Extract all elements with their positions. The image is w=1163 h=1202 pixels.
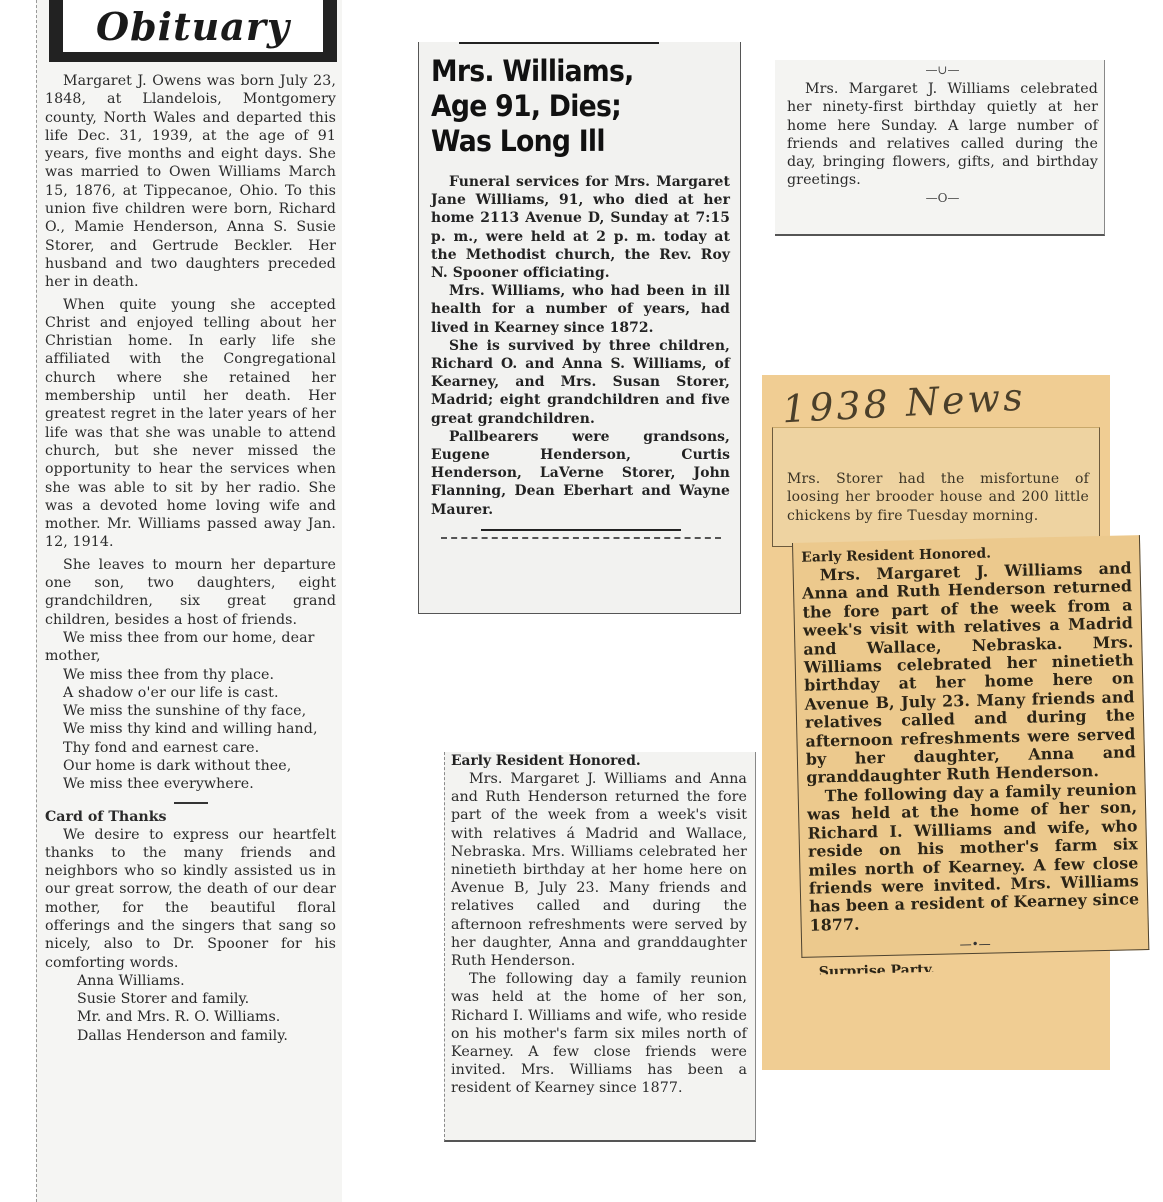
death-notice-paragraph: Mrs. Williams, who had been in ill healt… <box>431 282 730 337</box>
signature: Susie Storer and family. <box>45 990 336 1008</box>
honored-tan-paragraph: Mrs. Margaret J. Williams and Anna and R… <box>802 559 1137 787</box>
obituary-paragraph: Margaret J. Owens was born July 23, 1848… <box>45 72 336 292</box>
poem-line: We miss thee from our home, dear mother, <box>45 629 336 666</box>
headline-line: Age 91, Dies; <box>431 89 706 124</box>
death-notice-headline: Mrs. Williams, Age 91, Dies; Was Long Il… <box>431 54 706 159</box>
poem-line: Our home is dark without thee, <box>45 757 336 775</box>
honored-clipping: Early Resident Honored. Mrs. Margaret J.… <box>444 752 756 1142</box>
signature: Mr. and Mrs. R. O. Williams. <box>45 1008 336 1026</box>
obituary-clipping: Obituary Margaret J. Owens was born July… <box>36 0 342 1202</box>
card-of-thanks-body: We desire to express our heartfelt thank… <box>45 826 336 972</box>
honored-tan-clipping: Early Resident Honored. Mrs. Margaret J.… <box>792 535 1149 958</box>
obituary-body: Margaret J. Owens was born July 23, 1848… <box>45 72 336 1045</box>
ornament: —•— <box>810 933 1140 954</box>
obituary-banner: Obituary <box>49 0 337 62</box>
death-notice-body: Funeral services for Mrs. Margaret Jane … <box>431 173 730 519</box>
honored-tan-paragraph: The following day a family reunion was h… <box>807 780 1140 935</box>
card-of-thanks-heading: Card of Thanks <box>45 808 336 826</box>
divider <box>481 529 681 531</box>
storer-body: Mrs. Storer had the misfortune of loosin… <box>787 470 1089 525</box>
headline-line: Mrs. Williams, <box>431 54 706 89</box>
honored-paragraph: The following day a family reunion was h… <box>451 970 747 1097</box>
divider <box>441 537 721 539</box>
poem-line: A shadow o'er our life is cast. <box>45 684 336 702</box>
handwritten-label: 1938 News <box>781 375 1027 432</box>
honored-paragraph: Mrs. Margaret J. Williams and Anna and R… <box>451 770 747 970</box>
poem-line: We miss thee everywhere. <box>45 775 336 793</box>
poem-line: We miss thee from thy place. <box>45 666 336 684</box>
headline-line: Was Long Ill <box>431 124 706 159</box>
birthday-clipping: —∪— Mrs. Margaret J. Williams celebrated… <box>775 60 1105 236</box>
death-notice-paragraph: She is survived by three children, Richa… <box>431 337 730 428</box>
death-notice-paragraph: Pallbearers were grandsons, Eugene Hende… <box>431 428 730 519</box>
honored-heading: Early Resident Honored. <box>451 752 747 770</box>
death-notice-paragraph: Funeral services for Mrs. Margaret Jane … <box>431 173 730 282</box>
divider <box>174 802 208 804</box>
storer-clipping: Mrs. Storer had the misfortune of loosin… <box>772 427 1100 547</box>
obituary-banner-title: Obituary <box>96 4 290 49</box>
poem-line: We miss thy kind and willing hand, <box>45 720 336 738</box>
news-1938-card: 1938 News Mrs. Storer had the misfortune… <box>762 375 1110 1070</box>
death-notice-clipping: Mrs. Williams, Age 91, Dies; Was Long Il… <box>418 42 741 614</box>
obituary-paragraph: She leaves to mourn her departure one so… <box>45 556 336 629</box>
poem-line: Thy fond and earnest care. <box>45 739 336 757</box>
poem-line: We miss the sunshine of thy face, <box>45 702 336 720</box>
ornament: —∪— <box>787 64 1098 76</box>
divider <box>459 42 659 44</box>
cut-off-heading: Surprise Party. <box>811 957 1141 974</box>
ornament: —O— <box>787 192 1098 204</box>
signature: Anna Williams. <box>45 972 336 990</box>
obituary-paragraph: When quite young she accepted Christ and… <box>45 296 336 552</box>
signature: Dallas Henderson and family. <box>45 1027 336 1045</box>
birthday-body: Mrs. Margaret J. Williams celebrated her… <box>787 80 1098 190</box>
